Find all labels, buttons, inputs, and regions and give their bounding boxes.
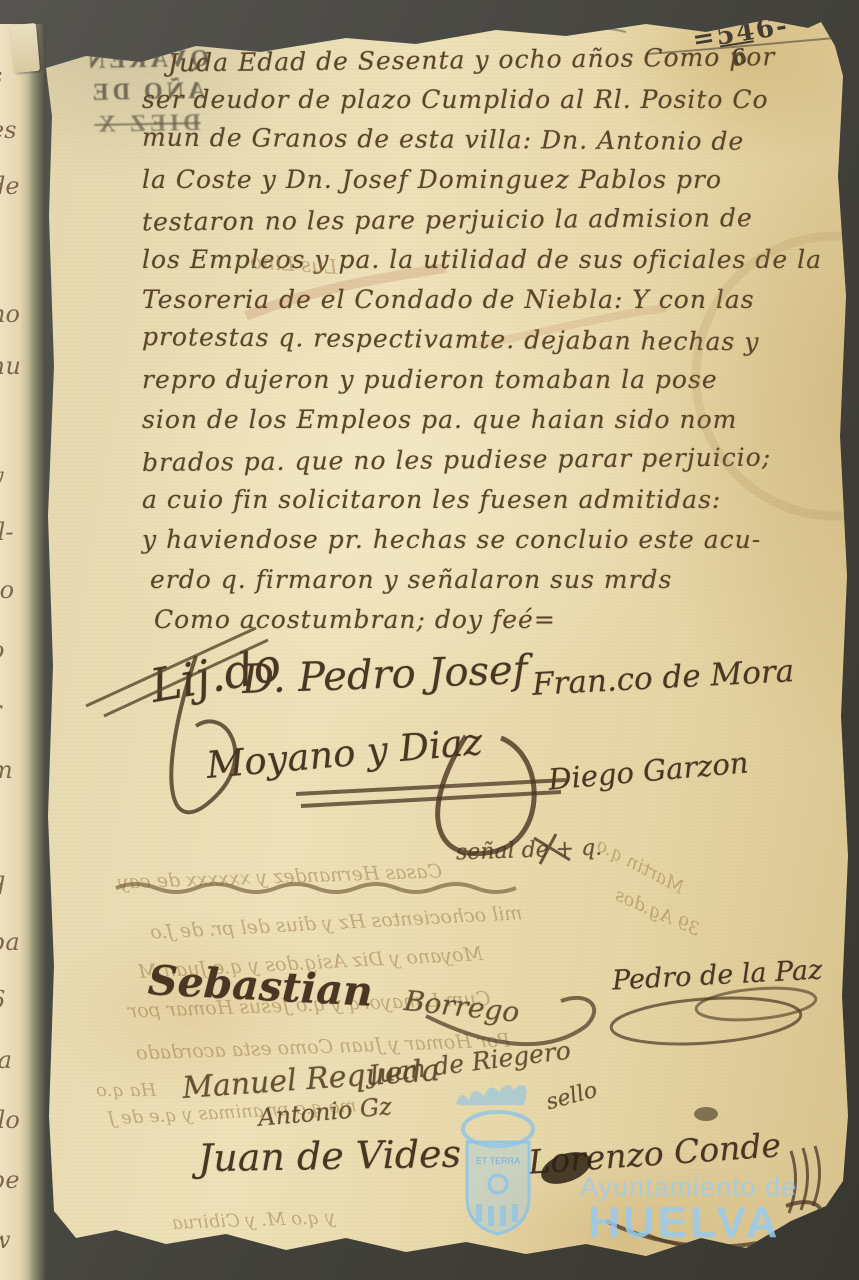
text-line: y haviendose pr. hechas se concluio este… bbox=[142, 520, 832, 560]
crest-stripe bbox=[488, 1206, 494, 1226]
crest-motto: ET TERRA bbox=[476, 1156, 520, 1166]
edge-text-fragment: r bbox=[0, 696, 1, 724]
bleedthrough-line: y q.o M. y Cibirua bbox=[172, 1207, 336, 1234]
edge-text-fragment: d bbox=[0, 872, 5, 900]
manuscript-scan: s es de l no hu ( y il- to o r m l d ba … bbox=[0, 0, 859, 1280]
edge-text-fragment: es bbox=[0, 116, 17, 144]
edge-text-fragment: ilo bbox=[0, 1106, 20, 1134]
text-line: los Empleos y pa. la utilidad de sus ofi… bbox=[142, 240, 832, 280]
signature-borrego: Borrego bbox=[403, 984, 521, 1029]
edge-text-fragment: ba bbox=[0, 928, 20, 956]
edge-text-fragment: no bbox=[0, 300, 20, 328]
text-line: testaron no les pare perjuicio la admisi… bbox=[142, 198, 832, 243]
watermark-city-name: HUELVA bbox=[588, 1198, 780, 1248]
text-line: ser deudor de plazo Cumplido al Rl. Posi… bbox=[142, 80, 832, 120]
edge-text-fragment: w bbox=[0, 1226, 11, 1254]
edge-text-fragment: de bbox=[0, 172, 20, 200]
edge-text-fragment: o bbox=[0, 636, 4, 664]
manuscript-page: QVAREN AÑO DE DIEZ X =546- 6 Juda Edad d… bbox=[46, 16, 848, 1262]
edge-text-fragment: s bbox=[0, 62, 2, 90]
adjacent-page-edge: s es de l no hu ( y il- to o r m l d ba … bbox=[0, 24, 46, 1280]
edge-text-fragment: ia bbox=[0, 1046, 12, 1074]
signal-de-cruz: señal de + q. bbox=[456, 835, 603, 865]
signature-fran-de-mora: Fran.co de Mora bbox=[531, 653, 795, 703]
text-line: a cuio fin solicitaron les fuesen admiti… bbox=[142, 480, 832, 520]
text-line: Como acostumbran; doy feé= bbox=[154, 600, 832, 640]
crest-stripe bbox=[512, 1204, 518, 1222]
bleedthrough-line: mil ochocientos Hz y dius del pr. de J.o bbox=[150, 902, 523, 943]
text-line: repro dujeron y pudieron tomaban la pose bbox=[142, 360, 832, 400]
sello-annotation: sello bbox=[544, 1078, 600, 1116]
crown-icon bbox=[456, 1085, 527, 1105]
edge-text-fragment: to bbox=[0, 576, 14, 604]
crossout-strokes bbox=[296, 780, 566, 806]
bleedthrough-line: Martin q.o bbox=[593, 835, 688, 899]
bleedthrough-line: Casas Hernandez y xxxxxx de cay bbox=[118, 860, 443, 893]
page-marker-tab bbox=[10, 23, 40, 73]
text-line: sion de los Empleos pa. que haian sido n… bbox=[142, 400, 832, 440]
crest-stripe bbox=[500, 1206, 506, 1226]
edge-text-fragment: hu bbox=[0, 352, 21, 380]
text-line: protestas q. respectivamte. dejaban hech… bbox=[142, 317, 832, 363]
manuscript-body-text: Juda Edad de Sesenta y ocho años Como po… bbox=[142, 40, 832, 640]
signature-diego-garzon: Diego Garzon bbox=[547, 745, 750, 796]
text-line: Juda Edad de Sesenta y ocho años Como po… bbox=[168, 37, 832, 84]
pencil-scribble bbox=[566, 28, 626, 34]
edge-text-fragment: m bbox=[0, 756, 13, 784]
text-line: erdo q. firmaron y señalaron sus mrds bbox=[150, 560, 832, 600]
text-line: brados pa. que no les pudiese parar perj… bbox=[142, 437, 832, 483]
huelva-crest-watermark: ET TERRA bbox=[450, 1082, 546, 1238]
signature-pedro-de-la-paz: Pedro de la Paz bbox=[611, 955, 823, 997]
text-line: mun de Granos de esta villa: Dn. Antonio… bbox=[142, 118, 832, 163]
signature-pedro-josef: D. Pedro Josef bbox=[241, 647, 528, 703]
ink-blot bbox=[694, 1107, 718, 1121]
edge-text-fragment: y bbox=[0, 462, 4, 490]
bleedthrough-line: 39 Ag.dos bbox=[612, 885, 703, 941]
edge-text-fragment: be bbox=[0, 1166, 20, 1194]
signature-juan-de-vides: Juan de Vides bbox=[198, 1132, 462, 1181]
text-line: Tesoreria de el Condado de Niebla: Y con… bbox=[142, 280, 832, 320]
crest-stripe bbox=[476, 1204, 482, 1222]
bleedthrough-line: Ha q.o bbox=[96, 1080, 156, 1101]
edge-text-fragment: 6 bbox=[0, 986, 5, 1014]
signature-moyano-diaz: Moyano y Diaz bbox=[205, 720, 484, 787]
edge-text-fragment: il- bbox=[0, 518, 13, 546]
rubrica-loop bbox=[610, 992, 803, 1049]
text-line: la Coste y Dn. Josef Dominguez Pablos pr… bbox=[142, 160, 832, 200]
